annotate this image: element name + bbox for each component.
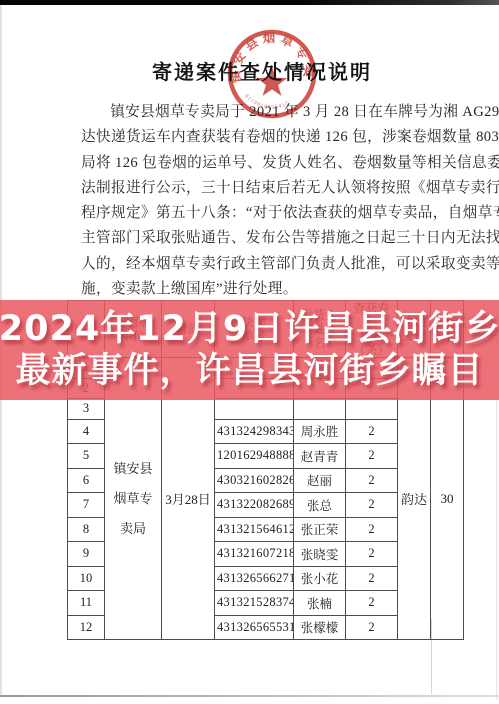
headline-line-2: 最新事件，许昌县河街乡瞩目 xyxy=(15,350,483,392)
headline-line-1: 2024年12月9日许昌县河街乡 xyxy=(0,308,499,350)
document-page: 镇安县烟草专卖局 8110010055417 寄递案件查处情况说明 镇安县烟草专… xyxy=(0,0,499,704)
paragraph-line: 法制报进行公示，三十日结束后若无人认领将按照《烟草专卖行政处罚 xyxy=(81,176,445,201)
name-cell: 赵丽 xyxy=(294,468,346,493)
document-title: 寄递案件查处情况说明 xyxy=(0,56,499,85)
qty-cell: 2 xyxy=(346,419,398,444)
paragraph-line: 人的，经本烟草专卖行政主管部门负责人批准，可以采取变卖等处理措 xyxy=(81,252,445,277)
qty-cell: 2 xyxy=(346,517,398,542)
serial-cell: 9 xyxy=(68,542,105,567)
name-cell: 张正荣 xyxy=(294,517,346,542)
serial-cell: 3 xyxy=(68,399,105,420)
tracking-cell xyxy=(215,399,294,420)
name-cell: 周永胜 xyxy=(294,419,346,444)
paragraph-line: 局将 126 包卷烟的运单号、发货人姓名、卷烟数量等相关信息委托西部 xyxy=(81,151,445,176)
body-paragraph: 镇安县烟草专卖局于 2021 年 3 月 28 日在车牌号为湘 AG2970 的… xyxy=(81,100,445,302)
qty-cell xyxy=(346,399,398,420)
qty-cell: 2 xyxy=(346,615,398,640)
tracking-cell: 4313265662710 xyxy=(215,566,294,591)
name-cell: 张檬檬 xyxy=(294,615,346,640)
tracking-cell: 4313215646120 xyxy=(215,517,294,542)
qty-cell: 2 xyxy=(346,591,398,616)
qty-cell: 2 xyxy=(346,566,398,591)
paragraph-line: 主管部门采取张贴通告、发布公告等措施之日起三十日内无法找到当事 xyxy=(81,226,445,251)
paragraph-line: 镇安县烟草专卖局于 2021 年 3 月 28 日在车牌号为湘 AG2970 的… xyxy=(81,100,445,125)
tracking-cell: 1201629488883 xyxy=(215,444,294,469)
serial-cell: 7 xyxy=(68,493,105,518)
tracking-cell: 4313215283743 xyxy=(215,591,294,616)
serial-cell: 6 xyxy=(68,468,105,493)
serial-cell: 11 xyxy=(68,591,105,616)
name-cell xyxy=(294,399,346,420)
qty-cell: 2 xyxy=(346,493,398,518)
serial-cell: 8 xyxy=(68,517,105,542)
tracking-cell: 4313216072180 xyxy=(215,542,294,567)
serial-cell: 5 xyxy=(68,444,105,469)
paragraph-line: 达快递货运车内查获装有卷烟的快递 126 包，涉案卷烟数量 803 条。我 xyxy=(81,125,445,150)
paragraph-line: 程序规定》第五十八条：“对于依法查获的烟草专卖品，自烟草专卖行政 xyxy=(81,201,445,226)
tracking-cell: 4313265655312 xyxy=(215,615,294,640)
name-cell: 赵青青 xyxy=(294,444,346,469)
name-cell: 张晓雯 xyxy=(294,542,346,567)
scan-bottom-edge xyxy=(0,695,499,697)
scan-top-edge xyxy=(0,0,499,5)
serial-cell: 10 xyxy=(68,566,105,591)
name-cell: 张楠 xyxy=(294,591,346,616)
qty-cell: 2 xyxy=(346,542,398,567)
qty-cell: 2 xyxy=(346,468,398,493)
serial-cell: 4 xyxy=(68,419,105,444)
tracking-cell: 4313220826896 xyxy=(215,493,294,518)
serial-cell: 12 xyxy=(68,615,105,640)
tracking-cell: 4303216028260 xyxy=(215,468,294,493)
name-cell: 张小花 xyxy=(294,566,346,591)
qty-cell: 2 xyxy=(346,444,398,469)
name-cell: 张总 xyxy=(294,493,346,518)
overlay-headline-banner: 2024年12月9日许昌县河街乡 最新事件，许昌县河街乡瞩目 xyxy=(0,300,499,400)
tracking-cell: 4313242983436 xyxy=(215,419,294,444)
paragraph-line: 施，变卖款上缴国库”进行处理。 xyxy=(81,277,445,302)
